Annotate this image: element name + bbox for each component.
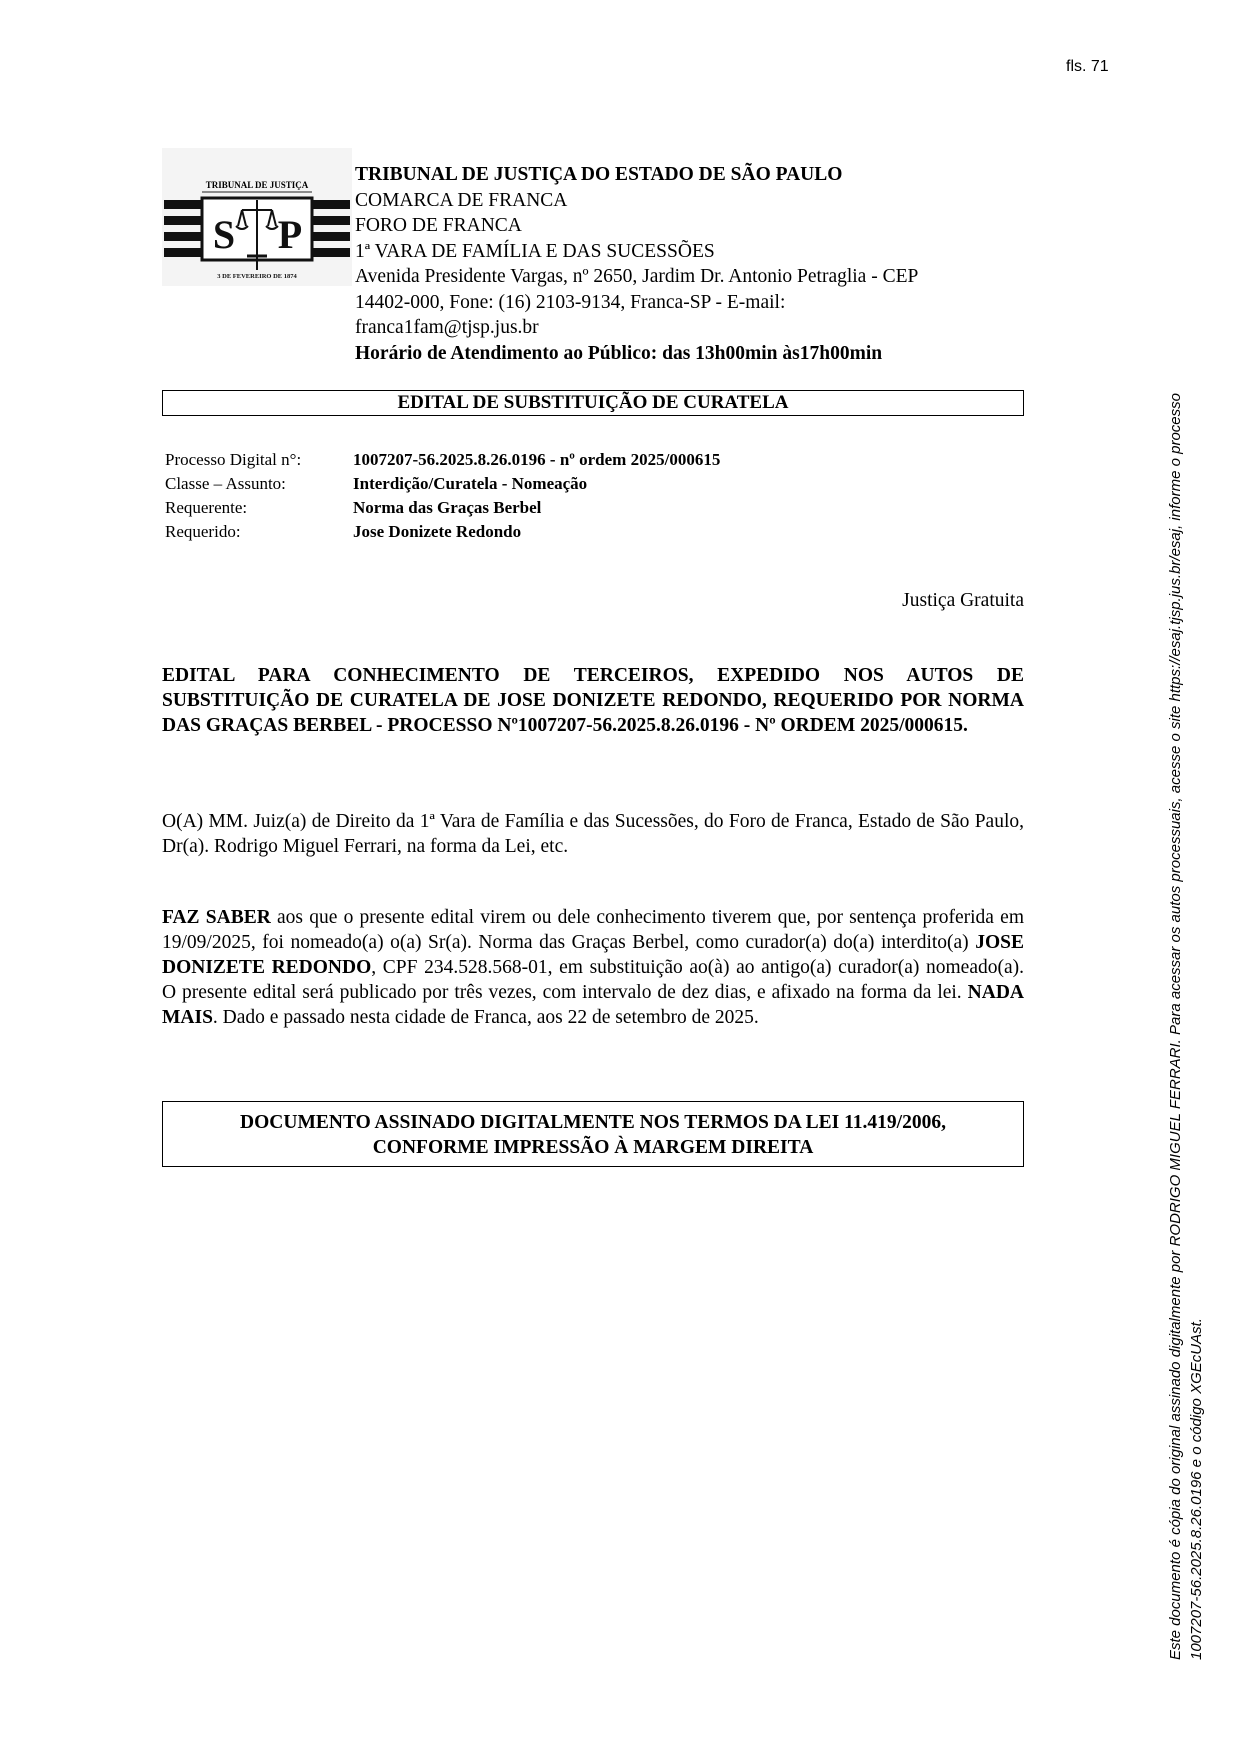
- tjsp-logo: TRIBUNAL DE JUSTIÇA S P 3 DE FEVEREIRO D…: [162, 148, 352, 286]
- digital-signature-notice: DOCUMENTO ASSINADO DIGITALMENTE NOS TERM…: [162, 1101, 1024, 1167]
- page-number: fls. 71: [1066, 58, 1109, 76]
- logo-top-text: TRIBUNAL DE JUSTIÇA: [206, 180, 309, 190]
- svg-text:3 DE FEVEREIRO DE 1874: 3 DE FEVEREIRO DE 1874: [217, 273, 297, 280]
- court-name: TRIBUNAL DE JUSTIÇA DO ESTADO DE SÃO PAU…: [355, 162, 995, 188]
- case-info: Processo Digital n°: 1007207-56.2025.8.2…: [165, 448, 720, 544]
- info-row: Requerido: Jose Donizete Redondo: [165, 520, 720, 544]
- info-value: Norma das Graças Berbel: [353, 496, 541, 520]
- info-value: Interdição/Curatela - Nomeação: [353, 472, 587, 496]
- office-hours: Horário de Atendimento ao Público: das 1…: [355, 341, 995, 367]
- document-title: EDITAL DE SUBSTITUIÇÃO DE CURATELA: [162, 390, 1024, 416]
- faz-saber-text: . Dado e passado nesta cidade de Franca,…: [213, 1007, 759, 1028]
- judge-paragraph: O(A) MM. Juiz(a) de Direito da 1ª Vara d…: [162, 809, 1024, 859]
- info-row: Classe – Assunto: Interdição/Curatela - …: [165, 472, 720, 496]
- address-line-1: Avenida Presidente Vargas, nº 2650, Jard…: [355, 264, 995, 290]
- side-margin-line-1: Este documento é cópia do original assin…: [1165, 230, 1186, 1660]
- side-margin-stamp: Este documento é cópia do original assin…: [1165, 230, 1207, 1660]
- court-header: TRIBUNAL DE JUSTIÇA DO ESTADO DE SÃO PAU…: [355, 162, 995, 366]
- info-label: Processo Digital n°:: [165, 448, 353, 472]
- info-row: Requerente: Norma das Graças Berbel: [165, 496, 720, 520]
- info-label: Classe – Assunto:: [165, 472, 353, 496]
- email: franca1fam@tjsp.jus.br: [355, 315, 995, 341]
- info-row: Processo Digital n°: 1007207-56.2025.8.2…: [165, 448, 720, 472]
- faz-saber-lead: FAZ SABER: [162, 907, 271, 928]
- faz-saber-text: aos que o presente edital virem ou dele …: [162, 907, 1024, 953]
- signature-line-2: CONFORME IMPRESSÃO À MARGEM DIREITA: [163, 1135, 1023, 1160]
- svg-text:S: S: [213, 212, 235, 257]
- comarca: COMARCA DE FRANCA: [355, 188, 995, 214]
- vara: 1ª VARA DE FAMÍLIA E DAS SUCESSÕES: [355, 239, 995, 265]
- info-label: Requerido:: [165, 520, 353, 544]
- foro: FORO DE FRANCA: [355, 213, 995, 239]
- address-line-2: 14402-000, Fone: (16) 2103-9134, Franca-…: [355, 290, 995, 316]
- edital-heading: EDITAL PARA CONHECIMENTO DE TERCEIROS, E…: [162, 663, 1024, 738]
- info-value: 1007207-56.2025.8.26.0196 - nº ordem 202…: [353, 448, 720, 472]
- side-margin-line-2: 1007207-56.2025.8.26.0196 e o código XGE…: [1186, 230, 1207, 1660]
- svg-text:P: P: [278, 212, 302, 257]
- faz-saber-paragraph: FAZ SABER aos que o presente edital vire…: [162, 905, 1024, 1030]
- info-value: Jose Donizete Redondo: [353, 520, 521, 544]
- info-label: Requerente:: [165, 496, 353, 520]
- signature-line-1: DOCUMENTO ASSINADO DIGITALMENTE NOS TERM…: [163, 1110, 1023, 1135]
- justica-gratuita: Justiça Gratuita: [902, 590, 1024, 612]
